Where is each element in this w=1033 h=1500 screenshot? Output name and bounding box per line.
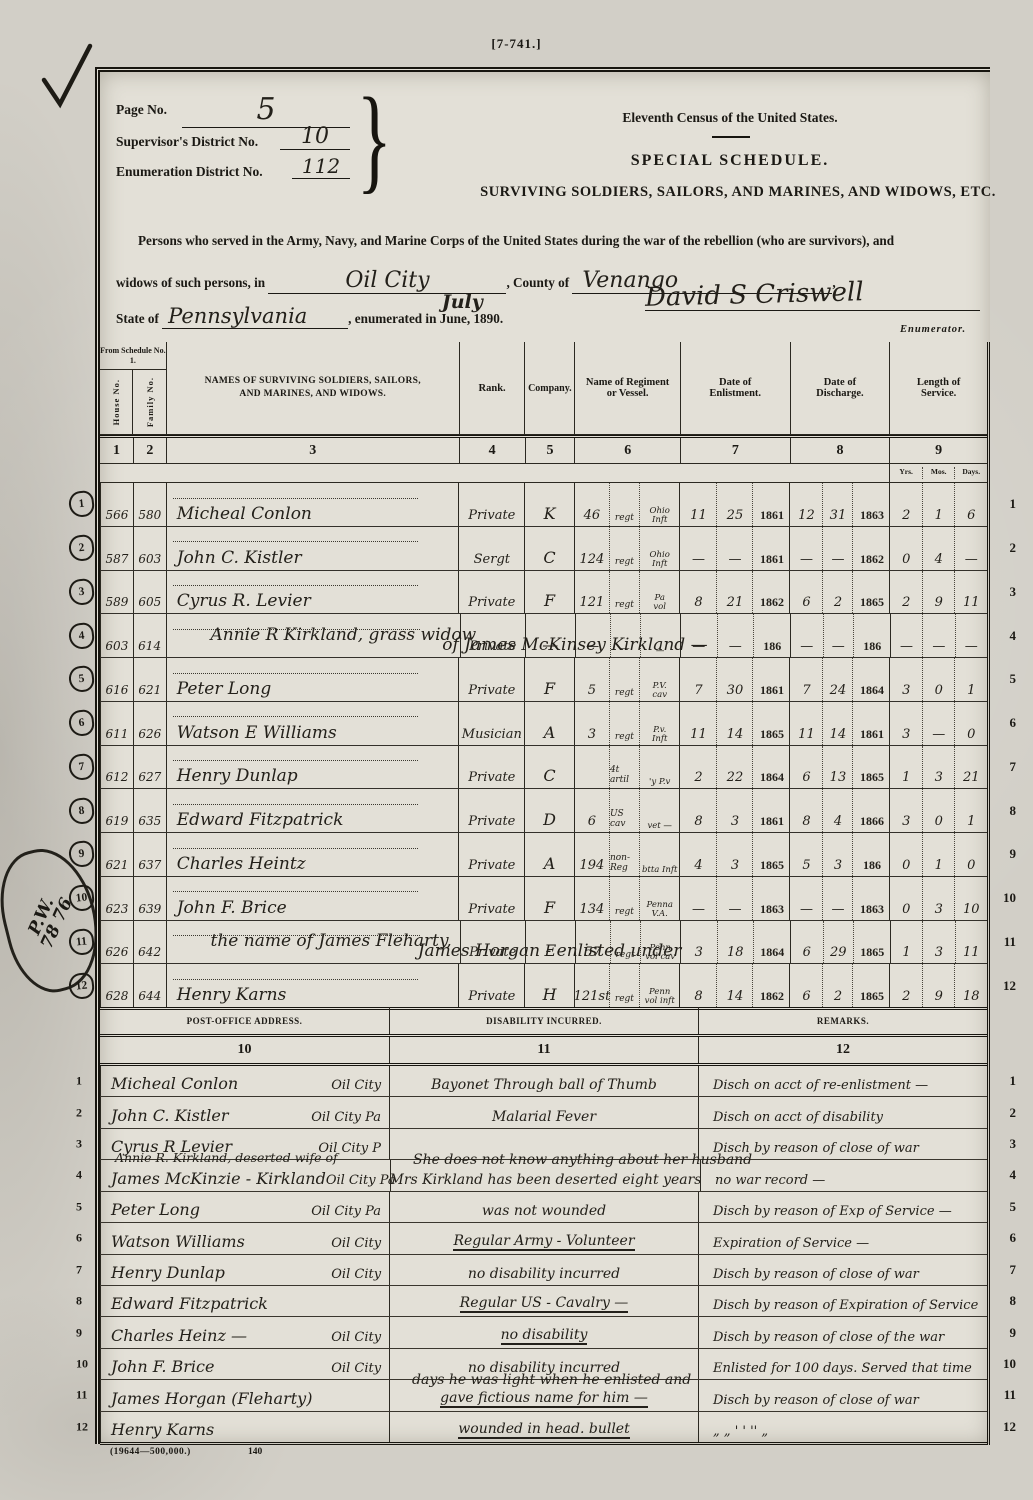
address-cell: John C. KistlerOil City Pa — [100, 1097, 389, 1127]
house-no-cell: 616 — [100, 658, 133, 701]
enlistment-header: Date of Enlistment. — [680, 342, 790, 434]
service-subcells: 301 — [890, 789, 987, 832]
handwritten-value: 21 — [727, 595, 744, 610]
row-number-right: 2 — [1010, 540, 1017, 556]
name-cell: John C. Kistler — [166, 527, 459, 570]
handwritten-value: 6 — [967, 508, 975, 523]
service-cell: 010 — [889, 833, 987, 876]
handwritten-value: Private — [468, 902, 515, 917]
house-no-cell: 626 — [100, 921, 133, 964]
row-number-left: 1 — [76, 1074, 82, 1089]
handwritten-value: 186 — [763, 639, 781, 654]
handwritten-value: 31 — [830, 508, 847, 523]
handwritten-value: no disability — [501, 1327, 588, 1345]
handwritten-value: 2 — [902, 989, 910, 1004]
discharge-month: — — [790, 527, 822, 570]
disability-above-line: days he was light when he enlisted and — [412, 1372, 691, 1388]
enlist-day: — — [717, 614, 753, 657]
row-number-left: 5 — [68, 665, 96, 693]
row-number-left: 9 — [76, 1325, 82, 1340]
intro-line-3: State of Pennsylvania, enumerated in Jun… — [116, 304, 503, 329]
service-days: — — [954, 527, 987, 570]
enlist-year: 1861 — [752, 483, 790, 526]
table-row: 6611626Watson E WilliamsMusicianA3regtP.… — [100, 702, 987, 746]
discharge-day: 4 — [822, 789, 852, 832]
handwritten-value: 134 — [580, 902, 605, 917]
address-cell: Peter LongOil City Pa — [100, 1192, 389, 1222]
service-yrs: — — [891, 614, 922, 657]
rank-cell: Sergt — [458, 527, 524, 570]
row-number-right: 6 — [1010, 1230, 1017, 1246]
handwritten-value: Bayonet Through ball of Thumb — [431, 1077, 657, 1093]
handwritten-value: 21 — [963, 770, 980, 785]
handwritten-value: 623 — [105, 902, 128, 916]
regiment-number — [575, 746, 609, 789]
name-cell: John F. Brice — [166, 877, 459, 920]
row-number-left: 12 — [76, 1419, 88, 1434]
discharge-cell: 11141861 — [789, 702, 889, 745]
handwritten-value: 1861 — [760, 552, 784, 567]
service-cell: 2918 — [889, 964, 987, 1007]
handwritten-value: 619 — [105, 814, 128, 828]
enlist-month: 8 — [680, 964, 716, 1007]
mos-label: Mos. — [922, 467, 955, 479]
table-row: 4Annie R. Kirkland, deserted wife ofJame… — [100, 1160, 987, 1191]
handwritten-value: — — [728, 902, 741, 917]
enlistment-cell: 11141865 — [679, 702, 789, 745]
address-cell: Henry Karns — [100, 1412, 389, 1442]
company-cell: C — [524, 527, 574, 570]
state-line: Pennsylvania — [162, 304, 348, 329]
family-no-cell: 639 — [133, 877, 166, 920]
discharge-day: 24 — [822, 658, 852, 701]
row-number-left: 3 — [68, 578, 96, 606]
service-mos: — — [922, 614, 954, 657]
regiment-word: US cav — [609, 789, 639, 832]
handwritten-value: 611 — [105, 727, 128, 741]
family-no-cell: 642 — [133, 921, 166, 964]
regiment-cell: 124regtOhio Inft — [574, 527, 680, 570]
handwritten-value: 1863 — [860, 902, 884, 917]
house-no-cell: 603 — [100, 614, 133, 657]
handwritten-value: 8 — [694, 989, 702, 1004]
row-number-right: 10 — [1003, 890, 1016, 906]
county-label: , County of — [506, 275, 569, 290]
handwritten-value: 605 — [138, 595, 161, 609]
family-no-cell: 626 — [133, 702, 166, 745]
enlistment-cell: 7301861 — [679, 658, 789, 701]
handwritten-value: Disch on acct of re-enlistment — — [713, 1078, 928, 1093]
service-days: 18 — [954, 964, 987, 1007]
handwritten-value: 1 — [935, 508, 943, 523]
service-subcells: 3—0 — [890, 702, 987, 745]
handwritten-value: non-Reg — [610, 853, 639, 873]
service-days: 11 — [955, 921, 987, 964]
column-number: 8 — [790, 438, 890, 463]
handwritten-value: Pa vol — [653, 594, 666, 612]
handwritten-value: 627 — [138, 770, 161, 784]
discharge-subcells: 11141861 — [790, 702, 889, 745]
discharge-month: 5 — [790, 833, 822, 876]
handwritten-value: Disch by reason of close of war — [713, 1267, 919, 1282]
handwritten-value: 0 — [967, 727, 975, 742]
handwritten-value: Musician — [462, 727, 522, 742]
row-number-left: 6 — [76, 1231, 82, 1246]
table-row: 6Watson WilliamsOil CityRegular Army - V… — [100, 1223, 987, 1254]
handwritten-value: 1865 — [760, 858, 784, 873]
schedule-title: SPECIAL SCHEDULE. — [631, 152, 830, 170]
days-label: Days. — [954, 467, 987, 479]
handwritten-value: 1863 — [760, 902, 784, 917]
yrs-label: Yrs. — [890, 467, 922, 479]
enlistment-cell: 3181864 — [680, 921, 790, 964]
enlistment-subcells: 11141865 — [680, 702, 789, 745]
regiment-cell: 5regtP.V. cav — [574, 658, 680, 701]
regiment-subcells: 121stregtPenn vol inft — [575, 964, 680, 1007]
house-no-cell: 621 — [100, 833, 133, 876]
print-code: (19644—500,000.) — [110, 1447, 191, 1457]
enlistment-subcells: 831861 — [680, 789, 789, 832]
enlist-month: — — [680, 877, 716, 920]
address-cell: Henry DunlapOil City — [100, 1255, 389, 1285]
discharge-year: 1865 — [853, 921, 891, 964]
handwritten-value: Disch by reason of Expiration of Service — [713, 1298, 978, 1313]
address-disability-table: POST-OFFICE ADDRESS. DISABILITY INCURRED… — [100, 1007, 990, 1445]
row-number-right: 11 — [1004, 934, 1016, 950]
handwritten-value: 121st — [574, 989, 611, 1004]
handwritten-value: John C. Kistler — [111, 1106, 229, 1125]
regiment-desc: Penn vol inft — [639, 964, 680, 1007]
regiment-cell: 134regtPenna V.A. — [574, 877, 680, 920]
column-number: 11 — [389, 1037, 698, 1063]
table-row: 9621637Charles HeintzPrivateA194non-Regb… — [100, 833, 987, 877]
handwritten-value: no disability incurred — [468, 1266, 620, 1282]
service-cell: 0310 — [889, 877, 987, 920]
regiment-desc: P.v. Inft — [639, 702, 680, 745]
place-value: Oil City — [345, 268, 429, 293]
enlist-year: 1865 — [752, 833, 790, 876]
handwritten-value: wounded in head. bullet — [458, 1421, 629, 1439]
service-mos: 9 — [922, 571, 955, 614]
regiment-cell: 6US cavvet — — [574, 789, 680, 832]
from-schedule-header: From Schedule No. 1. House No. Family No… — [100, 342, 166, 434]
row-number-right: 7 — [1010, 759, 1017, 775]
disability-cell: days he was light when he enlisted andga… — [389, 1380, 698, 1410]
regiment-word: regt — [609, 527, 639, 570]
handwritten-value: 3 — [731, 858, 739, 873]
family-no-header: Family No. — [133, 370, 165, 434]
remarks-cell: Disch by reason of close of war — [698, 1380, 987, 1410]
regiment-subcells: 121regtPa vol — [575, 571, 680, 614]
row-number-right: 1 — [1010, 1073, 1017, 1089]
handwritten-value: Private — [468, 508, 515, 523]
handwritten-value: 186 — [863, 639, 881, 654]
enlist-year: 1865 — [752, 702, 790, 745]
state-value: Pennsylvania — [168, 304, 307, 328]
regiment-cell: 121regtPa vol — [574, 571, 680, 614]
service-mos: 9 — [922, 964, 955, 1007]
name-cell: Charles Heintz — [166, 833, 459, 876]
table-row: 8Edward FitzpatrickRegular US - Cavalry … — [100, 1286, 987, 1317]
enlistment-subcells: 431865 — [680, 833, 789, 876]
enlist-month: 7 — [680, 658, 716, 701]
service-yrs: 3 — [890, 789, 922, 832]
family-no-cell: 603 — [133, 527, 166, 570]
address-cell: Charles Heinz —Oil City — [100, 1317, 389, 1347]
disability-cell: Regular US - Cavalry — — [389, 1286, 698, 1316]
handwritten-value: Malarial Fever — [492, 1109, 596, 1125]
handwritten-value: 4 — [834, 814, 842, 829]
page-no-label: Page No. — [116, 102, 167, 118]
handwritten-value: — — [692, 552, 705, 567]
row-number-right: 4 — [1010, 1167, 1017, 1183]
rank-cell: Private — [458, 658, 524, 701]
regiment-desc: Ohio Inft — [639, 527, 680, 570]
column-number: 9 — [889, 438, 987, 463]
family-no-cell: 627 — [133, 746, 166, 789]
handwritten-value: 1861 — [860, 727, 884, 742]
handwritten-value: F — [544, 591, 555, 610]
discharge-subcells: 6131865 — [790, 746, 889, 789]
enlist-month: — — [680, 527, 716, 570]
handwritten-value: 14 — [830, 727, 847, 742]
remarks-cell: Disch by reason of Expiration of Service — [698, 1286, 987, 1316]
row-number-left: 12 — [68, 971, 96, 999]
discharge-day: 13 — [822, 746, 852, 789]
service-subcells: 04— — [890, 527, 987, 570]
form-sheet: Page No. 5 Supervisor's District No. 10 … — [95, 67, 990, 1444]
regiment-subcells: 4t artil'y P.v — [575, 746, 680, 789]
handwritten-value: no war record — — [715, 1173, 825, 1188]
handwritten-value: 2 — [902, 595, 910, 610]
service-yrs: 0 — [890, 527, 922, 570]
table-row: 5616621Peter LongPrivateF5regtP.V. cav73… — [100, 658, 987, 702]
handwritten-value: Charles Heintz — [177, 854, 306, 874]
handwritten-value: K — [544, 504, 556, 523]
table-row: 1Micheal ConlonOil CityBayonet Through b… — [100, 1066, 987, 1097]
disability-cell: Malarial Fever — [389, 1097, 698, 1127]
disability-cell: Bayonet Through ball of Thumb — [389, 1066, 698, 1096]
remarks-cell: Disch by reason of close of the war — [698, 1317, 987, 1347]
handwritten-value: Oil City — [331, 1236, 381, 1251]
handwritten-value: 11 — [798, 727, 815, 742]
disability-header: DISABILITY INCURRED. — [389, 1007, 698, 1034]
regiment-number: 124 — [575, 527, 609, 570]
rank-cell: Private — [458, 833, 524, 876]
handwritten-value: Oil City Pa — [311, 1204, 381, 1219]
company-cell: D — [524, 789, 574, 832]
regiment-word: regt — [609, 964, 639, 1007]
handwritten-value: of James McKinsey Kirkland — — [442, 635, 707, 655]
handwritten-value: 4 — [694, 858, 702, 873]
handwritten-value: 0 — [935, 683, 943, 698]
handwritten-value: 626 — [138, 727, 161, 741]
family-no-cell: 580 — [133, 483, 166, 526]
handwritten-value: 6 — [588, 814, 596, 829]
handwritten-value: 4 — [935, 552, 943, 567]
handwritten-value: 635 — [138, 814, 161, 828]
handwritten-value: John F. Brice — [111, 1357, 214, 1376]
handwritten-value: Penn vol inft — [645, 988, 675, 1006]
enlist-month: 8 — [680, 571, 716, 614]
table-row: 11626642the name of James Fleharty,James… — [100, 921, 987, 965]
enlistment-subcells: 8211862 — [680, 571, 789, 614]
intro-line-1: Persons who served in the Army, Navy, an… — [138, 233, 894, 249]
handwritten-value: Oil City Pa — [326, 1173, 396, 1188]
remarks-cell: „ „ ' ' '' „ — [698, 1412, 987, 1442]
handwritten-value: 22 — [727, 770, 744, 785]
service-yrs: 3 — [890, 658, 922, 701]
handwritten-value: 8 — [694, 595, 702, 610]
regiment-word: regt — [609, 702, 639, 745]
handwritten-value: 3 — [902, 683, 910, 698]
supervisor-district-value: 10 — [301, 124, 329, 149]
row-number-right: 9 — [1010, 846, 1017, 862]
handwritten-value: 3 — [902, 727, 910, 742]
name-cell: Peter Long — [166, 658, 459, 701]
enlistment-cell: 8211862 — [679, 571, 789, 614]
month-wrap: JuneJuly — [440, 311, 467, 327]
discharge-year: 186 — [852, 833, 890, 876]
handwritten-value: Private — [468, 595, 515, 610]
handwritten-value: — — [729, 639, 742, 654]
house-no-cell: 587 — [100, 527, 133, 570]
company-header: Company. — [524, 342, 574, 434]
enumeration-district-line: 112 — [292, 154, 350, 179]
discharge-cell: ——1862 — [789, 527, 889, 570]
handwritten-value: 6 — [803, 945, 811, 960]
handwritten-value: 3 — [834, 858, 842, 873]
regiment-desc: btta Inft — [639, 833, 680, 876]
discharge-subcells: 621865 — [790, 571, 889, 614]
column-number: 6 — [574, 438, 680, 463]
handwritten-value: 14 — [727, 727, 744, 742]
handwritten-value: John F. Brice — [177, 898, 287, 918]
discharge-month: 6 — [790, 571, 822, 614]
service-mos: 3 — [922, 877, 955, 920]
enlist-day: 14 — [716, 964, 752, 1007]
service-days: 10 — [954, 877, 987, 920]
handwritten-value: 3 — [935, 770, 943, 785]
regiment-desc: Penna V.A. — [639, 877, 680, 920]
handwritten-value: 11 — [963, 595, 980, 610]
enlist-day: 14 — [716, 702, 752, 745]
handwritten-value: 8 — [802, 814, 810, 829]
regiment-word: regt — [609, 483, 639, 526]
service-mos: 0 — [922, 658, 955, 701]
names-header: NAMES OF SURVIVING SOLDIERS, SAILORS, AN… — [166, 342, 459, 434]
handwritten-value: Peter Long — [111, 1200, 200, 1219]
handwritten-value: regt — [615, 732, 634, 742]
table1-rows: 1566580Micheal ConlonPrivateK46regtOhio … — [100, 483, 987, 1010]
enumerator-signature: David S Criswell — [645, 277, 864, 313]
table-row: 4603614Annie R Kirkland, grass widowof J… — [100, 614, 987, 658]
handwritten-value: 11 — [690, 727, 707, 742]
handwritten-value: 612 — [105, 770, 128, 784]
enlist-day: — — [716, 527, 752, 570]
address-cell: James Horgan (Fleharty) — [100, 1380, 389, 1410]
handwritten-value: Charles Heinz — — [111, 1326, 247, 1345]
company-cell: F — [524, 877, 574, 920]
service-cell: ——— — [890, 614, 987, 657]
service-yrs: 2 — [890, 964, 922, 1007]
regiment-word: regt — [609, 571, 639, 614]
handwritten-value: vet — — [647, 822, 671, 831]
row-number-right: 5 — [1010, 671, 1017, 687]
handwritten-value: 6 — [802, 770, 810, 785]
handwritten-value: 587 — [105, 552, 128, 566]
enlistment-cell: 11251861 — [679, 483, 789, 526]
name-cell: Annie R Kirkland, grass widowof James Mc… — [166, 614, 460, 657]
name-above-line: Annie R Kirkland, grass widow — [211, 625, 477, 645]
service-mos: 3 — [922, 921, 954, 964]
handwritten-value: H — [543, 985, 557, 1004]
rank-cell: Private — [458, 789, 524, 832]
enlist-year: 186 — [753, 614, 791, 657]
table-row: 7Henry DunlapOil Cityno disability incur… — [100, 1255, 987, 1286]
row-number-right: 8 — [1010, 1293, 1017, 1309]
handwritten-value: D — [543, 810, 556, 829]
handwritten-value: James Horgan - enlisted under — [418, 941, 682, 961]
rank-cell: Private — [458, 746, 524, 789]
row-number-left: 1 — [68, 490, 96, 518]
discharge-month: 6 — [791, 921, 823, 964]
discharge-day: 3 — [822, 833, 852, 876]
handwritten-value: 1861 — [760, 814, 784, 829]
enlistment-subcells: 11251861 — [680, 483, 789, 526]
discharge-cell: ——1863 — [789, 877, 889, 920]
enlistment-subcells: 7301861 — [680, 658, 789, 701]
service-mos: 1 — [922, 483, 955, 526]
handwritten-value: Micheal Conlon — [111, 1074, 238, 1093]
handwritten-value: Private — [468, 989, 515, 1004]
enlist-year: 1863 — [752, 877, 790, 920]
supervisor-district-line: 10 — [280, 124, 350, 150]
column-number: 4 — [459, 438, 525, 463]
handwritten-value: — — [800, 552, 813, 567]
handwritten-value: 5 — [588, 683, 596, 698]
handwritten-value: Watson Williams — [111, 1232, 245, 1251]
service-mos: 3 — [922, 746, 955, 789]
row-number-left: 2 — [68, 534, 96, 562]
handwritten-value: 11 — [690, 508, 707, 523]
address-cell: Annie R. Kirkland, deserted wife ofJames… — [100, 1160, 390, 1190]
handwritten-value: 46 — [584, 508, 601, 523]
handwritten-value: 24 — [830, 683, 847, 698]
company-cell: H — [524, 964, 574, 1007]
handwritten-value: 3 — [695, 945, 703, 960]
handwritten-value: Disch on acct of disability — [713, 1110, 883, 1125]
regiment-number: 121 — [575, 571, 609, 614]
handwritten-value: 2 — [834, 595, 842, 610]
service-yrs: 1 — [890, 746, 922, 789]
discharge-month: 12 — [790, 483, 822, 526]
handwritten-value: 2 — [694, 770, 702, 785]
table-row: 3589605Cyrus R. LevierPrivateF121regtPa … — [100, 571, 987, 615]
rank-cell: Private — [458, 571, 524, 614]
schedule-subtitle: SURVIVING SOLDIERS, SAILORS, AND MARINES… — [480, 184, 996, 201]
handwritten-value: 603 — [138, 552, 161, 566]
service-mos: — — [922, 702, 955, 745]
enlist-year: 1862 — [752, 571, 790, 614]
remarks-cell: Disch on acct of disability — [698, 1097, 987, 1127]
service-subcells: 0310 — [890, 877, 987, 920]
handwritten-value: 10 — [963, 902, 980, 917]
handwritten-value: 25 — [727, 508, 744, 523]
handwritten-value: — — [831, 552, 844, 567]
service-days: 21 — [954, 746, 987, 789]
handwritten-value: regt — [615, 557, 634, 567]
